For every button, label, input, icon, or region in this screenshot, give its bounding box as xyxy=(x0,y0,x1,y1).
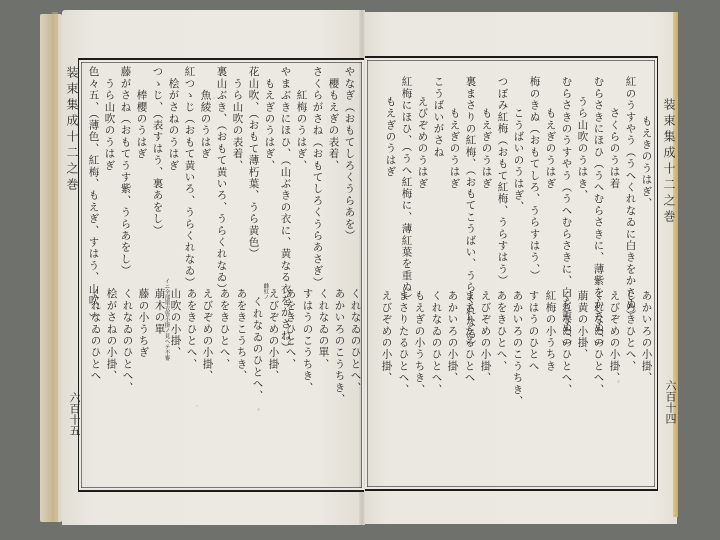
right-upper-col-9: こうばいのうはぎ、 xyxy=(513,84,524,213)
left-upper-col-4: 紅梅のうはぎ、 xyxy=(296,66,307,171)
right-lower-col-3: えびぞめの小掛、 xyxy=(609,290,620,384)
page-stack-edge-right xyxy=(673,12,678,517)
left-lower-col-16: 桧がさねの小掛、 xyxy=(106,288,117,382)
right-lower-col-11: えびぞめの小掛、 xyxy=(480,290,491,384)
open-book: 装束集成十二之巻 装束集成十二之巻 六百十五 六百十四 やなぎ（おもてしろくうら… xyxy=(0,0,720,540)
left-running-title: 装束集成十二之巻 xyxy=(64,66,81,194)
right-lower-col-7: 紅梅の小うちき xyxy=(545,290,556,372)
right-lower-col-2: しろきひとへ、 xyxy=(625,290,636,372)
left-upper-col-16: うら山吹のうはぎ xyxy=(104,66,115,171)
left-lower-col-2: あかいろのこうちき、 xyxy=(334,288,345,405)
right-lower-col-6: くれなゐのひとへ、 xyxy=(561,290,572,395)
left-upper-col-8: うら山吹の表着、 xyxy=(232,66,243,171)
left-lower-col-12: 山吹の小掛、 xyxy=(170,288,181,358)
paper-spot xyxy=(257,408,260,411)
left-upper-col-17: 色々五、（薄色、紅梅、もえぎ、すはう、山吹、） xyxy=(88,66,99,325)
right-lower-col-5: 萠黄の小掛、 xyxy=(577,290,588,360)
left-upper-col-13: つゝじ、（表すはう、裏あをし） xyxy=(152,66,163,236)
left-upper-col-11: 紅つゝじ（おもて黄いろ、うらくれなゐ） xyxy=(184,66,195,288)
right-upper-col-17: もえぎのうはぎ xyxy=(385,84,396,178)
left-lower-col-4: すはうのこうちき、 xyxy=(302,288,313,393)
left-upper-col-7: 花山吹、（おもて薄朽葉、うら黄色） xyxy=(248,66,259,260)
right-upper-col-16: 紅梅にほひ、（うへ紅梅に、薄紅葉を重ぬ） xyxy=(401,76,412,305)
right-lower-col-8: すはうのひとへ xyxy=(528,290,539,372)
right-upper-col-8: 梅のきぬ（おもてしろ、うらすはう、） xyxy=(529,76,540,281)
right-upper-col-13: もえぎのうはぎ xyxy=(449,84,460,189)
left-upper-col-6: もえぎのうはぎ、 xyxy=(264,66,275,171)
left-upper-col-9: 裏山ぶき、（おもて黄いろ、うらくれなゐ） xyxy=(216,66,227,295)
page-stack-shadow xyxy=(52,12,58,522)
right-lower-col-15: もえぎの小うちき、 xyxy=(414,290,425,395)
left-upper-col-12: 桧がさねのうはぎ xyxy=(168,66,179,171)
right-running-title: 装束集成十二之巻 xyxy=(661,98,678,226)
right-upper-col-7: もえぎのうはぎ xyxy=(545,84,556,189)
right-lower-col-13: あかいろの小掛、 xyxy=(447,290,458,384)
right-lower-col-14: くれなゐのひとへ、 xyxy=(431,290,442,395)
left-lower-col-15: くれなゐのひとへ、 xyxy=(122,288,133,393)
left-lower-col-11: あをきひとへ、 xyxy=(186,288,197,370)
left-upper-col-2: 櫻もえぎの表着、 xyxy=(328,66,339,171)
left-lower-col-7: くれなゐのひとへ、 xyxy=(252,296,263,401)
right-upper-col-5: うら山吹のうはき、 xyxy=(577,84,588,201)
right-upper-col-11: もえぎのうはぎ xyxy=(481,84,492,189)
left-upper-col-1: やなぎ（おもてしろくうらあを） xyxy=(344,66,355,242)
left-upper-col-14: 棒櫻のうはぎ xyxy=(136,66,147,160)
right-page-number: 六百十四 xyxy=(662,380,678,424)
left-lower-col-10: えびぞめの小掛、 xyxy=(202,288,213,382)
left-lower-col-8: あをきこうちき、 xyxy=(236,288,247,382)
left-lower-col-3: くれなゐの單、 xyxy=(318,288,329,370)
left-upper-col-10: 魚綾のうはぎ xyxy=(200,66,211,160)
left-lower-col-13: 萠木の單 xyxy=(154,288,165,335)
left-lower-col-1: くれなゐのひとへ、 xyxy=(350,288,361,393)
right-lower-col-16: まさりたるひとへ、 xyxy=(398,290,409,395)
right-lower-col-1: あかいろの小掛、 xyxy=(641,290,652,384)
left-lower-col-6: えびぞめの小掛、 xyxy=(268,288,279,382)
page-stack-edge-left xyxy=(40,14,62,522)
left-lower-col-17: くれなゐのひとへ xyxy=(90,288,101,382)
right-lower-col-17: えびぞめの小掛、 xyxy=(381,290,392,384)
right-upper-col-15: えびぞめのうはぎ xyxy=(417,84,428,189)
left-page-number: 六百十五 xyxy=(66,392,82,436)
left-upper-col-3: さくらがさね（おもてしろくうらあさぎ） xyxy=(312,66,323,288)
right-lower-col-12: まさりたるひとへ xyxy=(464,290,475,384)
right-lower-col-4: くれなゐのひとへ、 xyxy=(593,290,604,395)
paper-spot xyxy=(617,380,620,383)
left-upper-col-15: 藤がさね（おもてうす紫、うらあをし） xyxy=(120,66,131,277)
right-upper-col-3: さくらのうは着 xyxy=(609,84,620,189)
right-upper-col-2: 紅のうすやう（うへくれなゐに白きをかさぬ） xyxy=(625,76,636,322)
paper-spot xyxy=(213,97,215,99)
right-upper-col-14: こうばいがさね xyxy=(433,76,444,158)
left-lower-col-14: 藤の小うちぎ xyxy=(138,288,149,358)
left-lower-col-9: あをきひとへ、 xyxy=(219,288,230,370)
right-lower-col-10: あをきひとへ、 xyxy=(496,290,507,372)
left-lower-col-5: あをきひとへ、 xyxy=(285,288,296,370)
paper-spot xyxy=(196,405,198,407)
right-upper-col-1: もえきのうはぎ、 xyxy=(641,92,652,209)
right-upper-col-10: つぼみ紅梅（おもて紅梅、うらすはう） xyxy=(497,76,508,287)
right-lower-col-9: あかいろのこうちき、 xyxy=(512,290,523,407)
